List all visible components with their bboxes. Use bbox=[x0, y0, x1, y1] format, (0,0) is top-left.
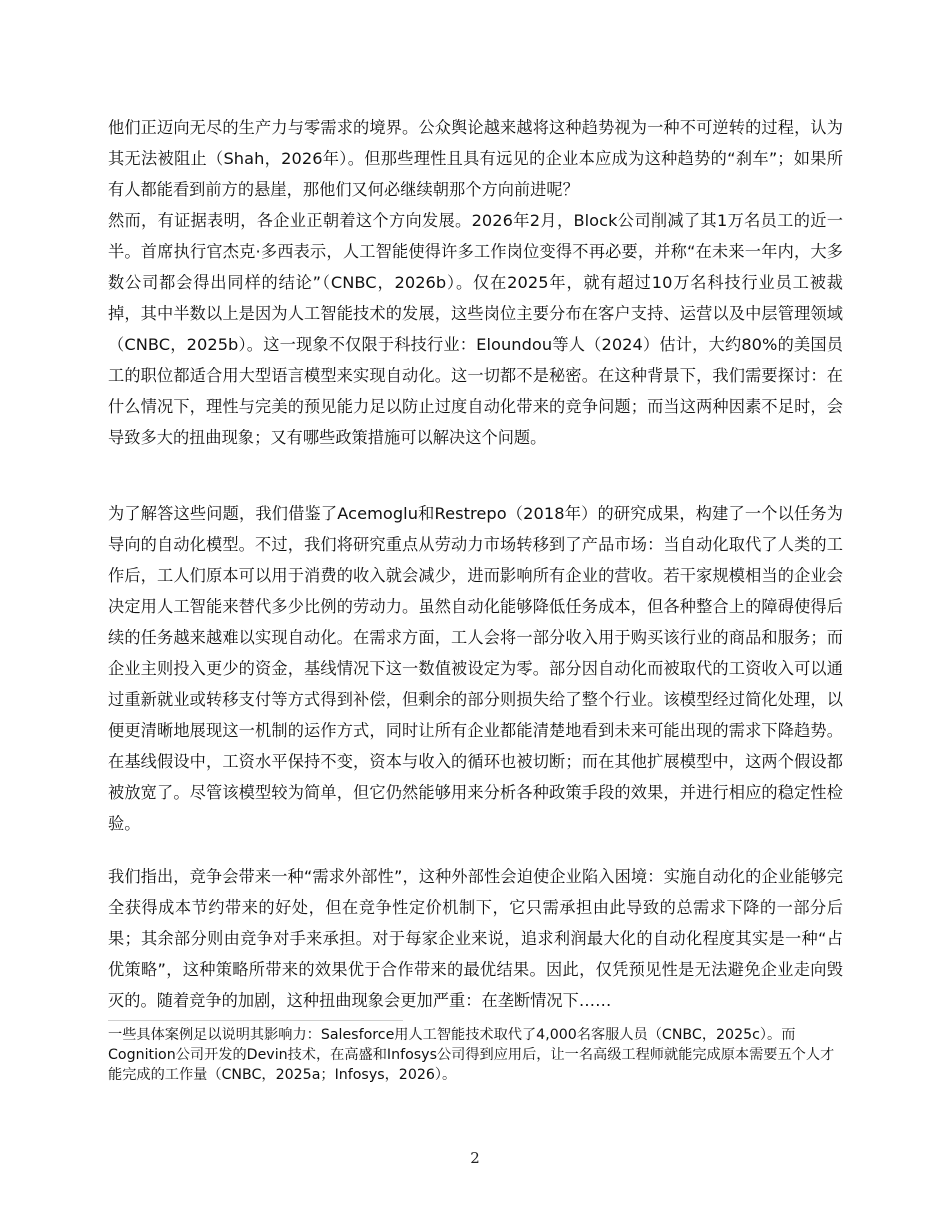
page-body: 他们正迈向无尽的生产力与零需求的境界。公众舆论越来越将这种趋势视为一种不可逆转的… bbox=[108, 112, 843, 1085]
paragraph-1: 他们正迈向无尽的生产力与零需求的境界。公众舆论越来越将这种趋势视为一种不可逆转的… bbox=[108, 112, 843, 205]
paragraph-4: 我们指出，竞争会带来一种“需求外部性”，这种外部性会迫使企业陷入困境：实施自动化… bbox=[108, 861, 843, 1016]
paragraph-3: 为了解答这些问题，我们借鉴了Acemoglu和Restrepo（2018年）的研… bbox=[108, 498, 843, 839]
footnote: 一些具体案例足以说明其影响力：Salesforce用人工智能技术取代了4,000… bbox=[108, 1025, 843, 1085]
footnote-divider bbox=[108, 1020, 403, 1021]
paragraph-2: 然而，有证据表明，各企业正朝着这个方向发展。2026年2月，Block公司削减了… bbox=[108, 205, 843, 453]
page-number: 2 bbox=[0, 1149, 950, 1167]
